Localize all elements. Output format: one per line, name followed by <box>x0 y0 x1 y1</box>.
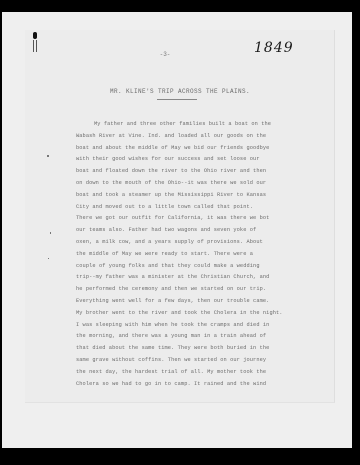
text-line: boat and about the middle of May we bid … <box>76 143 306 155</box>
text-line: My father and three other families built… <box>76 119 306 131</box>
text-line: that died about the same time. They were… <box>76 343 306 355</box>
text-line: There we got our outfit for California, … <box>76 213 306 225</box>
text-line: with their good wishes for our success a… <box>76 154 306 166</box>
text-line: the middle of May we were ready to start… <box>76 249 306 261</box>
text-line: My brother went to the river and took th… <box>76 308 306 320</box>
text-line: Cholera so we had to go in to camp. It r… <box>76 379 306 391</box>
text-line: the morning, and there was a young man i… <box>76 331 306 343</box>
text-line: same grave without coffins. Then we star… <box>76 355 306 367</box>
text-line: Wabash River at Vine. Ind. and loaded al… <box>76 131 306 143</box>
text-line: on down to the mouth of the Ohio--it was… <box>76 178 306 190</box>
text-line: City and moved out to a little town call… <box>76 202 306 214</box>
margin-speck <box>47 155 49 157</box>
margin-speck <box>48 258 49 259</box>
text-line: trip--my father was a minister at the Ch… <box>76 272 306 284</box>
text-line: the next day, the hardest trial of all. … <box>76 367 306 379</box>
text-line: oxen, a milk cow, and a years supply of … <box>76 237 306 249</box>
text-line: boat and floated down the river to the O… <box>76 166 306 178</box>
text-line: our teams also. Father had two wagons an… <box>76 225 306 237</box>
margin-speck <box>50 232 51 234</box>
document-body: My father and three other families built… <box>76 119 306 390</box>
title-underline <box>157 99 197 100</box>
document-title: MR. KLINE'S TRIP ACROSS THE PLAINS. <box>0 88 360 95</box>
page-number: -3- <box>0 51 330 58</box>
text-line: couple of young folks and that they coul… <box>76 261 306 273</box>
text-line: Everything went well for a few days, the… <box>76 296 306 308</box>
text-line: he performed the ceremony and then we st… <box>76 284 306 296</box>
text-line: boat and took a steamer up the Mississip… <box>76 190 306 202</box>
text-line: I was sleeping with him when he took the… <box>76 320 306 332</box>
